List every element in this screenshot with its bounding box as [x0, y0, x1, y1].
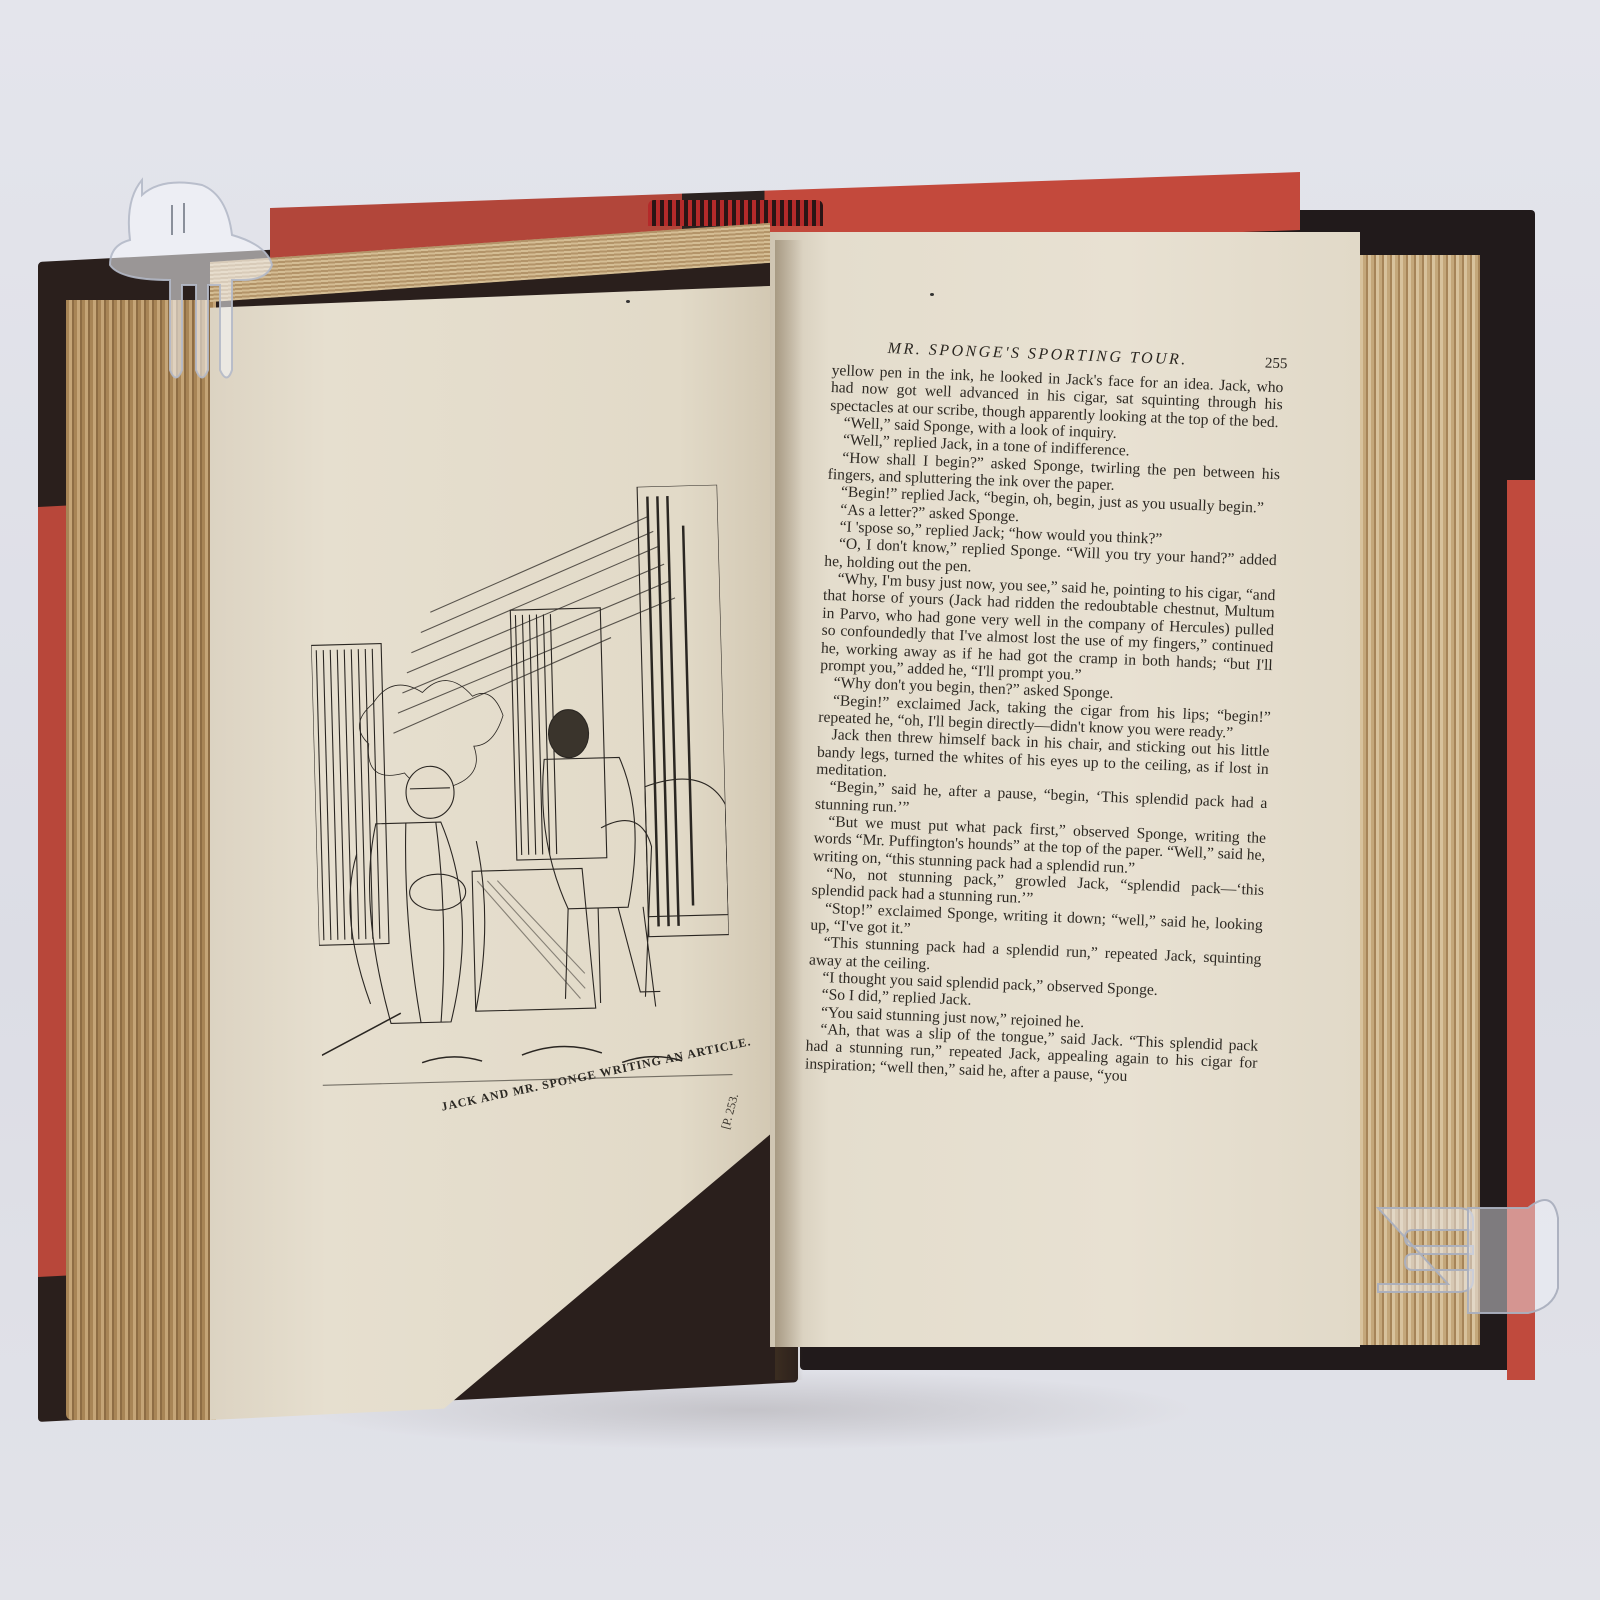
book-gutter: [775, 240, 803, 1380]
engraving-illustration: [307, 485, 733, 1096]
right-page-body-text: yellow pen in the ink, he looked in Jack…: [805, 362, 1284, 1090]
left-page-block-edge: [66, 300, 216, 1420]
engraving-icon: [307, 485, 733, 1096]
page-number: 255: [1265, 355, 1288, 373]
page-clip-icon: [1368, 1188, 1563, 1323]
headband: [648, 200, 823, 226]
paragraph: “Why, I'm busy just now, you see,” said …: [820, 570, 1276, 691]
book-photo-scene: JACK AND MR. SPONGE WRITING AN ARTICLE. …: [0, 0, 1600, 1600]
right-page-block-edge: [1355, 255, 1480, 1345]
page-speck: [626, 300, 630, 303]
page-speck: [930, 293, 934, 296]
page-clip-icon: [92, 175, 277, 380]
